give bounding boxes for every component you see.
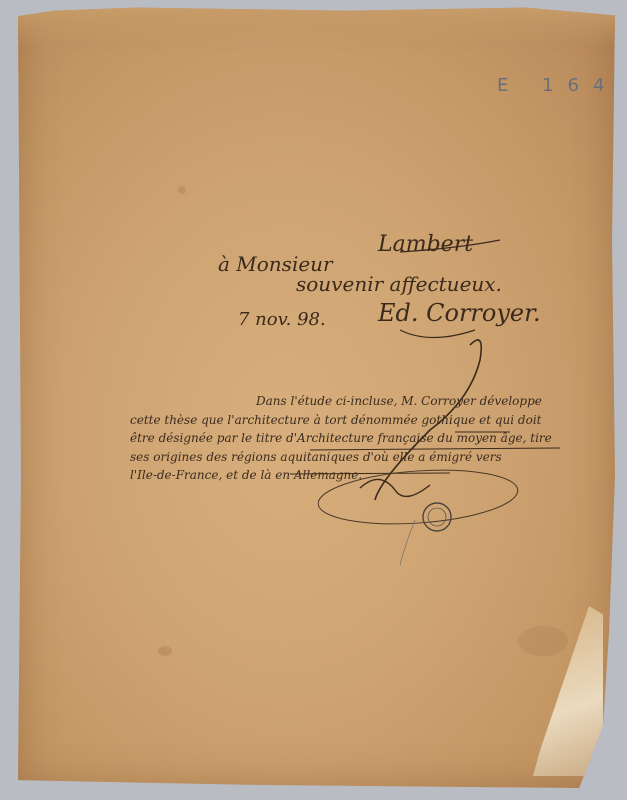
ink-strokes [0,0,627,800]
library-stamp-icon [423,503,451,531]
